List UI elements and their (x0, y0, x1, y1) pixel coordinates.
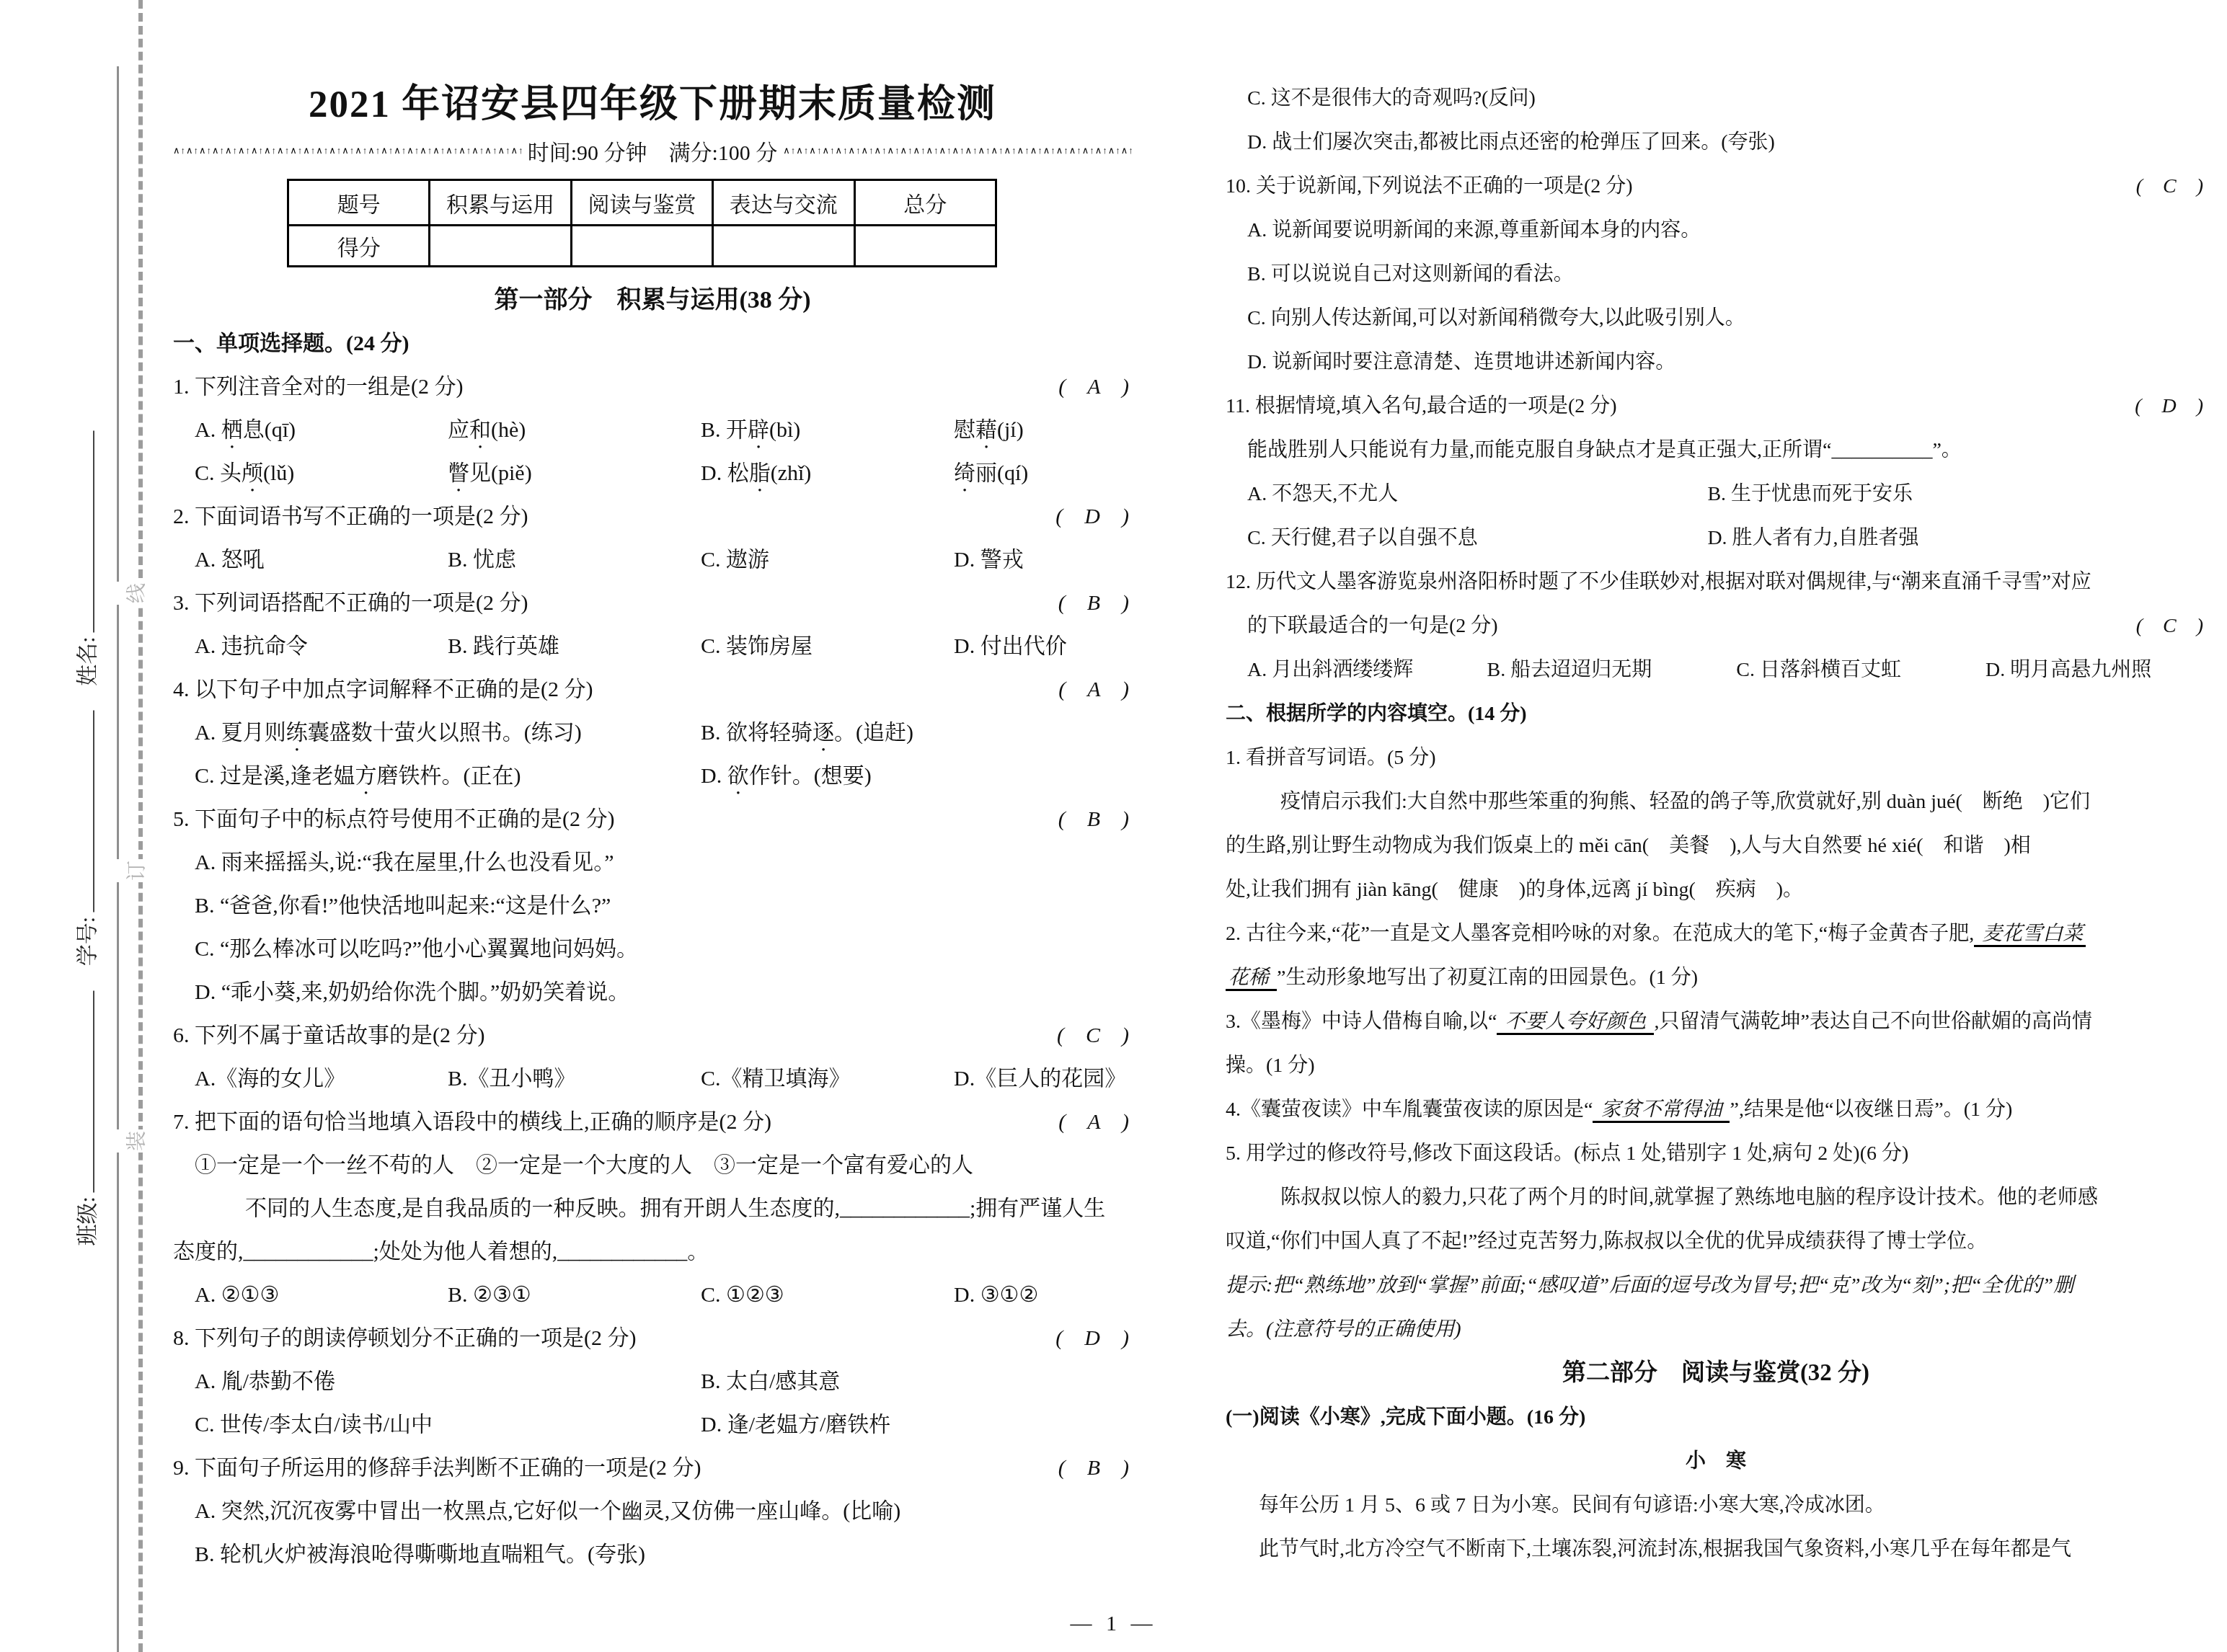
option-row: A.《海的女儿》B.《丑小鸭》C.《精卫填海》D.《巨人的花园》 (173, 1057, 1132, 1101)
option-row: C. 天行健,君子以自强不息D. 胜人者有力,自胜者强 (1226, 516, 2206, 560)
answer-underline: 麦花雪白菜 (1974, 923, 2086, 947)
text-line: ①一定是一个一丝不苟的人 ②一定是一个大度的人 ③一定是一个富有爱心的人 (173, 1144, 1132, 1187)
option-item: C. 装饰房屋 (701, 625, 954, 668)
option-row: A. 月出斜洒缕缕辉B. 船去迢迢归无期C. 日落斜横百丈虹D. 明月高悬九州照 (1226, 648, 2206, 692)
dotted-char: 瞥 (448, 461, 469, 485)
text-line: 4.《囊萤夜读》中车胤囊萤夜读的原因是“ 家贫不常得油 ”,结果是他“以夜继日焉… (1226, 1088, 2206, 1132)
right-column: C. 这不是很伟大的奇观吗?(反问)D. 战士们屡次突击,都被比雨点还密的枪弹压… (1226, 76, 2206, 1571)
answer-mark: ( A ) (1058, 1101, 1129, 1144)
text-line: 2. 古往今来,“花”一直是文人墨客竞相吟咏的对象。在范成大的笔下,“梅子金黄杏… (1226, 912, 2206, 956)
exam-time-score: 时间:90 分钟 满分:100 分 (528, 135, 778, 166)
question-line: ( A )1. 下列注音全对的一组是(2 分) (173, 365, 1132, 409)
score-table-header-cell: 阅读与鉴赏 (571, 180, 712, 226)
answer-mark: ( B ) (1058, 798, 1129, 841)
option-item: D. 欲作针。(想要) (701, 755, 1132, 798)
option-row: A. 胤/恭勤不倦B. 太白/感其意 (173, 1360, 1132, 1403)
dotted-char: 和 (469, 418, 491, 442)
text-line: 5. 用学过的修改符号,修改下面这段话。(标点 1 处,错别字 1 处,病句 2… (1226, 1132, 2206, 1176)
question-line: ( B )3. 下列词语搭配不正确的一项是(2 分) (173, 582, 1132, 625)
answer-mark: ( D ) (1055, 1317, 1129, 1360)
text-line: 叹道,“你们中国人真了不起!”经过克苦努力,陈叔叔以全优的优异成绩获得了博士学位… (1226, 1220, 2206, 1264)
dotted-char: 藉 (975, 418, 997, 442)
dotted-char: 脂 (749, 461, 771, 485)
option-item: B. 忧虑 (448, 538, 701, 582)
answer-mark: ( D ) (2135, 384, 2203, 428)
question-line: ( B )9. 下面句子所运用的修辞手法判断不正确的一项是(2 分) (173, 1447, 1132, 1490)
answer-mark: ( C ) (1057, 1014, 1129, 1057)
question-line: ( B )5. 下面句子中的标点符号使用不正确的是(2 分) (173, 798, 1132, 841)
score-cell-empty (430, 226, 571, 267)
text-line: 不同的人生态度,是自我品质的一种反映。拥有开朗人生态度的,___________… (173, 1187, 1132, 1230)
dotted-char: 绮 (954, 461, 975, 485)
option-item: 慰藉(jí) (954, 409, 1132, 452)
text-line: 1. 看拼音写词语。(5 分) (1226, 736, 2206, 780)
decorative-zigzag (783, 131, 1132, 170)
question-line: ( A )7. 把下面的语句恰当地填入语段中的横线上,正确的顺序是(2 分) (173, 1101, 1132, 1144)
option-item: D. 逢/老媪方/磨铁杵 (701, 1403, 1132, 1447)
paper-title: 2021 年诏安县四年级下册期末质量检测 (173, 74, 1132, 128)
answer-underline: 不要人夸好颜色 (1497, 1011, 1654, 1035)
section-heading: 一、单项选择题。(24 分) (173, 322, 1132, 365)
option-item: A. 夏月则练囊盛数十萤火以照书。(练习) (195, 711, 701, 755)
option-item: D.《巨人的花园》 (954, 1057, 1132, 1101)
text-line: 12. 历代文人墨客游览泉州洛阳桥时题了不少佳联妙对,根据对联对偶规律,与“潮来… (1226, 560, 2206, 604)
dotted-char: 栖 (221, 418, 243, 442)
option-item: B. 欲将轻骑逐。(追赶) (701, 711, 1132, 755)
option-item: 绮丽(qí) (954, 452, 1132, 495)
section-heading: 第一部分 积累与运用(38 分) (173, 279, 1132, 322)
text-line: D. 说新闻时要注意清楚、连贯地讲述新闻内容。 (1226, 340, 2206, 384)
option-item: A. 胤/恭勤不倦 (195, 1360, 701, 1403)
option-row: C. 头颅(lǔ)瞥见(piě)D. 松脂(zhǐ)绮丽(qí) (173, 452, 1132, 495)
question-line: ( C )6. 下列不属于童话故事的是(2 分) (173, 1014, 1132, 1057)
score-cell-empty (713, 226, 854, 267)
option-item: D. 胜人者有力,自胜者强 (1707, 516, 2206, 560)
option-row: A. 怒吼B. 忧虑C. 遨游D. 警戎 (173, 538, 1132, 582)
option-item: A. 月出斜洒缕缕辉 (1247, 648, 1487, 692)
option-item: 瞥见(piě) (448, 452, 701, 495)
option-item: C. 天行健,君子以自强不息 (1247, 516, 1707, 560)
option-item: B. 船去迢迢归无期 (1487, 648, 1737, 692)
margin-label: 班级: (76, 1196, 99, 1245)
question-line: ( D )2. 下面词语书写不正确的一项是(2 分) (173, 495, 1132, 538)
margin-label: 学号: (76, 917, 99, 966)
option-item: D. ③①② (954, 1274, 1132, 1317)
score-table: 题号 积累与运用 阅读与鉴赏 表达与交流 总分 得分 (287, 179, 997, 267)
option-row: A. 栖息(qī)应和(hè)B. 开辟(bì)慰藉(jí) (173, 409, 1132, 452)
dotted-char: 逐 (813, 721, 834, 745)
score-table-header-cell: 表达与交流 (713, 180, 854, 226)
text-line: 陈叔叔以惊人的毅力,只花了两个月的时间,就掌握了熟练地电脑的程序设计技术。他的老… (1226, 1176, 2206, 1220)
score-table-header-cell: 积累与运用 (430, 180, 571, 226)
text-line: A. 说新闻要说明新闻的来源,尊重新闻本身的内容。 (1226, 208, 2206, 252)
answer-underline: 花稀 (1226, 967, 1277, 991)
binding-dashed-line (138, 0, 143, 1652)
question-line: ( C )10. 关于说新闻,下列说法不正确的一项是(2 分) (1226, 164, 2206, 208)
passage-title: 小 寒 (1226, 1439, 2206, 1483)
margin-label: 姓名: (76, 636, 99, 685)
dotted-char: 练 (286, 721, 308, 745)
page-number: — 1 — (0, 1612, 2227, 1636)
text-line: 提示:把“熟练地”放到“掌握”前面;“感叹道”后面的逗号改为冒号;把“克”改为“… (1226, 1264, 2206, 1307)
text-line: 3.《墨梅》中诗人借梅自喻,以“ 不要人夸好颜色 ,只留清气满乾坤”表达自己不向… (1226, 1000, 2206, 1044)
option-item: C. 世传/李太白/读书/山中 (195, 1403, 701, 1447)
option-item: A. 栖息(qī) (195, 409, 448, 452)
text-line: 每年公历 1 月 5、6 或 7 日为小寒。民间有句谚语:小寒大寒,冷成冰团。 (1226, 1483, 2206, 1527)
score-table-header-cell: 总分 (854, 180, 996, 226)
answer-mark: ( A ) (1058, 365, 1129, 409)
score-table-header-row: 题号 积累与运用 阅读与鉴赏 表达与交流 总分 (288, 180, 996, 226)
answer-mark: ( C ) (2136, 164, 2203, 208)
text-line: C. 向别人传达新闻,可以对新闻稍微夸大,以此吸引别人。 (1226, 296, 2206, 340)
fill-in-line (71, 711, 94, 912)
text-line: 的生路,别让野生动物成为我们饭桌上的 měi cān( 美餐 ),人与大自然要 … (1226, 824, 2206, 868)
text-line: 去。(注意符号的正确使用) (1226, 1307, 2206, 1351)
dotted-char: 颅 (242, 461, 263, 485)
option-item: D. 警戎 (954, 538, 1132, 582)
question-line: ( A )4. 以下句子中加点字词解释不正确的是(2 分) (173, 668, 1132, 711)
text-line: 操。(1 分) (1226, 1044, 2206, 1088)
text-line: B. 轮机火炉被海浪呛得嘶嘶地直喘粗气。(夸张) (173, 1533, 1132, 1576)
text-line: B. 可以说说自己对这则新闻的看法。 (1226, 252, 2206, 296)
score-table-header-cell: 题号 (288, 180, 430, 226)
option-item: D. 松脂(zhǐ) (701, 452, 954, 495)
dotted-char: 欲 (727, 764, 749, 788)
option-item: D. 明月高悬九州照 (1985, 648, 2206, 692)
option-row: C. 世传/李太白/读书/山中D. 逢/老媪方/磨铁杵 (173, 1403, 1132, 1447)
question-line: ( C )的下联最适合的一句是(2 分) (1226, 604, 2206, 648)
option-item: B. 太白/感其意 (701, 1360, 1132, 1403)
decorative-zigzag (173, 131, 522, 170)
option-item: A. 不怨天,不尤人 (1247, 472, 1707, 516)
answer-underline: 家贫不常得油 (1593, 1098, 1730, 1123)
answer-mark: ( B ) (1058, 1447, 1129, 1490)
binding-char: 线 (115, 582, 156, 605)
text-line: D. 战士们屡次突击,都被比雨点还密的枪弹压了回来。(夸张) (1226, 120, 2206, 164)
option-item: A. 怒吼 (195, 538, 448, 582)
text-line: 此节气时,北方冷空气不断南下,土壤冻裂,河流封冻,根据我国气象资料,小寒几乎在每… (1226, 1527, 2206, 1571)
score-row-label: 得分 (288, 226, 430, 267)
option-item: C. 遨游 (701, 538, 954, 582)
option-item: C. ①②③ (701, 1274, 954, 1317)
binding-char: 装 (115, 1129, 156, 1153)
text-line: C. “那么棒冰可以吃吗?”他小心翼翼地问妈妈。 (173, 928, 1132, 971)
text-line: B. “爸爸,你看!”他快活地叫起来:“这是什么?” (173, 884, 1132, 928)
option-item: D. 付出代价 (954, 625, 1132, 668)
text-line: 能战胜别人只能说有力量,而能克服自身缺点才是真正强大,正所谓“_________… (1226, 428, 2206, 472)
text-line: A. 突然,沉沉夜雾中冒出一枚黑点,它好似一个幽灵,又仿佛一座山峰。(比喻) (173, 1490, 1132, 1533)
text-line: C. 这不是很伟大的奇观吗?(反问) (1226, 76, 2206, 120)
option-row: C. 过是溪,逢老媪方磨铁杵。(正在)D. 欲作针。(想要) (173, 755, 1132, 798)
option-item: B.《丑小鸭》 (448, 1057, 701, 1101)
right-content: C. 这不是很伟大的奇观吗?(反问)D. 战士们屡次突击,都被比雨点还密的枪弹压… (1226, 76, 2206, 1571)
section-heading: 第二部分 阅读与鉴赏(32 分) (1226, 1351, 2206, 1395)
option-item: B. 践行英雄 (448, 625, 701, 668)
section-heading: (一)阅读《小寒》,完成下面小题。(16 分) (1226, 1395, 2206, 1439)
score-cell-empty (854, 226, 996, 267)
option-item: C. 过是溪,逢老媪方磨铁杵。(正在) (195, 755, 701, 798)
score-table-score-row: 得分 (288, 226, 996, 267)
option-item: C.《精卫填海》 (701, 1057, 954, 1101)
text-line: 花稀 ”生动形象地写出了初夏江南的田园景色。(1 分) (1226, 956, 2206, 1000)
fill-in-line (71, 430, 94, 632)
option-item: B. 开辟(bì) (701, 409, 954, 452)
student-info-labels: 班级:学号:姓名: (69, 406, 101, 1245)
exam-paper-page: 班级:学号:姓名: 线订装 2021 年诏安县四年级下册期末质量检测 时间:90… (0, 0, 2227, 1652)
option-row: A. 不怨天,不尤人B. 生于忧患而死于安乐 (1226, 472, 2206, 516)
text-line: 态度的,____________;处处为他人着想的,____________。 (173, 1230, 1132, 1274)
answer-mark: ( B ) (1058, 582, 1129, 625)
option-row: A. 违抗命令B. 践行英雄C. 装饰房屋D. 付出代价 (173, 625, 1132, 668)
dotted-char: 方 (355, 764, 377, 788)
option-item: A. 违抗命令 (195, 625, 448, 668)
option-item: A.《海的女儿》 (195, 1057, 448, 1101)
option-item: C. 头颅(lǔ) (195, 452, 448, 495)
answer-mark: ( C ) (2136, 604, 2203, 648)
section-heading: 二、根据所学的内容填空。(14 分) (1226, 692, 2206, 736)
left-column: 2021 年诏安县四年级下册期末质量检测 时间:90 分钟 满分:100 分 题… (173, 0, 1132, 1576)
answer-mark: ( D ) (1055, 495, 1129, 538)
exam-meta-row: 时间:90 分钟 满分:100 分 (173, 131, 1132, 170)
left-content: 第一部分 积累与运用(38 分)一、单项选择题。(24 分)( A )1. 下列… (173, 279, 1132, 1576)
text-line: 处,让我们拥有 jiàn kāng( 健康 )的身体,远离 jí bìng( 疾… (1226, 868, 2206, 912)
question-line: ( D )11. 根据情境,填入名句,最合适的一项是(2 分) (1226, 384, 2206, 428)
option-item: 应和(hè) (448, 409, 701, 452)
text-line: A. 雨来摇摇头,说:“我在屋里,什么也没看见。” (173, 841, 1132, 884)
option-item: B. ②③① (448, 1274, 701, 1317)
option-item: C. 日落斜横百丈虹 (1736, 648, 1985, 692)
score-cell-empty (571, 226, 712, 267)
option-item: A. ②①③ (195, 1274, 448, 1317)
option-row: A. 夏月则练囊盛数十萤火以照书。(练习)B. 欲将轻骑逐。(追赶) (173, 711, 1132, 755)
question-line: ( D )8. 下列句子的朗读停顿划分不正确的一项是(2 分) (173, 1317, 1132, 1360)
option-row: A. ②①③B. ②③①C. ①②③D. ③①② (173, 1274, 1132, 1317)
binding-char: 订 (115, 859, 156, 882)
fill-in-line (71, 990, 94, 1192)
answer-mark: ( A ) (1058, 668, 1129, 711)
text-line: 疫情启示我们:大自然中那些笨重的狗熊、轻盈的鸽子等,欣赏就好,别 duàn ju… (1226, 780, 2206, 824)
text-line: D. “乖小葵,来,奶奶给你洗个脚。”奶奶笑着说。 (173, 971, 1132, 1014)
dotted-char: 辟 (748, 418, 769, 442)
option-item: B. 生于忧患而死于安乐 (1707, 472, 2206, 516)
